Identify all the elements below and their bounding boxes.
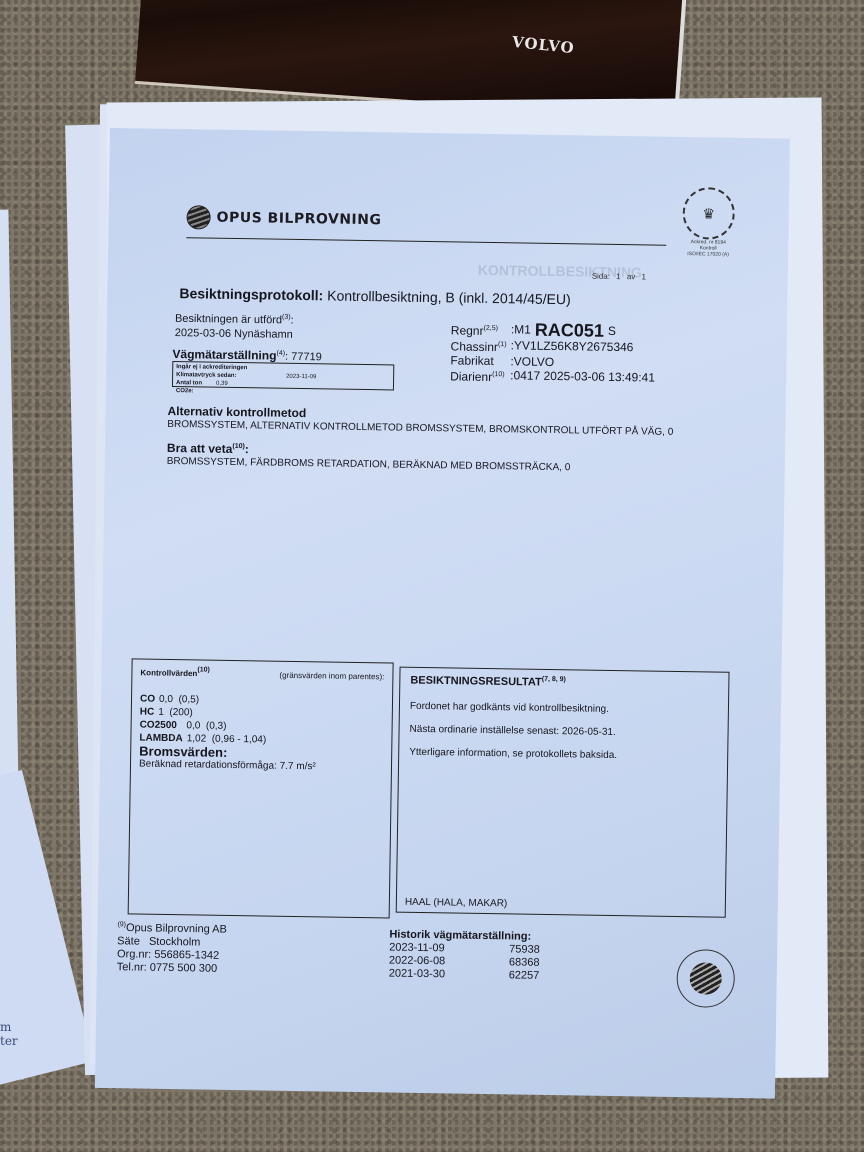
inspector-id: HAAL (HALA, MAKAR) [405,897,508,910]
inspection-result-box: BESIKTNINGSRESULTAT(7, 8, 9) Fordonet ha… [396,667,730,918]
company-logo: OPUS BILPROVNING [186,205,381,232]
page-indicator: Sida: 1 av 1 [592,272,646,282]
company-info: (9)Opus Bilprovning AB Säte Stockholm Or… [117,918,227,975]
registration-number: RAC051 [535,323,604,340]
odometer-history: Historik vägmätarställning: 2023-11-0975… [389,928,540,982]
globe-icon [186,205,210,229]
inspection-performed: Besiktningen är utförd(3): 2025-03-06 Ny… [175,309,294,342]
history-row: 2021-03-3062257 [389,967,540,982]
crown-icon: ♛ [682,187,735,240]
page-title: Besiktningsprotokoll: Kontrollbesiktning… [179,285,571,307]
inspection-protocol-page: KONTROLLBESIKTNING OPUS BILPROVNING ♛ Ac… [95,128,790,1099]
swedac-seal: ♛ Ackred. nr 8194 Kontroll ISO/IEC 17020… [680,187,737,258]
diary-row: Diarienr(10) :0417 2025-03-06 13:49:41 [450,367,655,386]
globe-icon [689,962,721,994]
brake-value: Beräknad retardationsförmåga: 7.7 m/s² [139,757,383,774]
remarks-section: Alternativ kontrollmetod BROMSSYSTEM, AL… [167,405,748,485]
emission-values: CO0,0 (0,5) HC1 (200) CO2500 0,0 (0,3) L… [139,692,384,774]
left-paper-text: m ter [0,1020,18,1048]
climate-footprint-box: Ingår ej i ackrediteringen Klimatavtryck… [172,361,394,390]
result-line: Fordonet har godkänts vid kontrollbesikt… [410,700,718,716]
result-line: Ytterligare information, se protokollets… [409,746,717,762]
result-line: Nästa ordinarie inställelse senast: 2026… [410,723,718,739]
vehicle-info: Regnr(2,5) :M1 RAC051 S Chassinr(1) :YV1… [450,321,656,386]
control-values-box: Kontrollvärden(10) (gränsvärden inom par… [128,658,394,918]
climate-compensation-badge [676,949,735,1008]
header-rule [186,237,666,246]
